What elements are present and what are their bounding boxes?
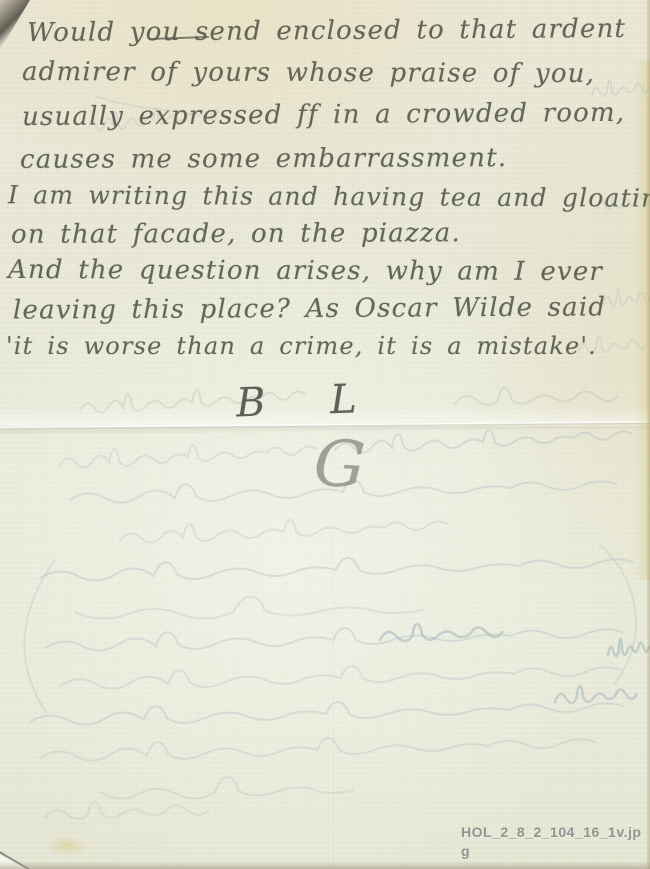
letter-page: Would you send enclosed to that ardent a… bbox=[0, 0, 650, 869]
filename-watermark: HOL_2_8_2_104_16_1v.jp g bbox=[461, 823, 641, 861]
letter-line-3: usually expressed ff in a crowded room, bbox=[22, 98, 626, 132]
letter-line-5: I am writing this and having tea and glo… bbox=[8, 180, 650, 212]
filename-watermark-line2: g bbox=[461, 842, 641, 861]
signature-initials: B L bbox=[235, 375, 383, 426]
page-edge-shadow-right bbox=[646, 0, 650, 869]
page-edge-shadow-bottom bbox=[0, 861, 650, 869]
monogram-g: G bbox=[312, 427, 367, 504]
letter-line-4: causes me some embarrassment. bbox=[20, 143, 507, 175]
filename-watermark-line1: HOL_2_8_2_104_16_1v.jp bbox=[461, 823, 641, 842]
fold-crease-vertical bbox=[331, 452, 333, 869]
letter-line-9: 'it is worse than a crime, it is a mista… bbox=[6, 332, 597, 360]
letter-line-1: Would you send enclosed to that ardent bbox=[27, 14, 626, 48]
letter-line-2: admirer of yours whose praise of you, bbox=[22, 57, 595, 89]
paper-stain-bottom-left bbox=[46, 836, 88, 856]
letter-line-7: And the question arises, why am I ever bbox=[8, 255, 603, 287]
letter-line-6: on that facade, on the piazza. bbox=[11, 218, 461, 250]
letter-line-8: leaving this place? As Oscar Wilde said bbox=[13, 292, 606, 325]
